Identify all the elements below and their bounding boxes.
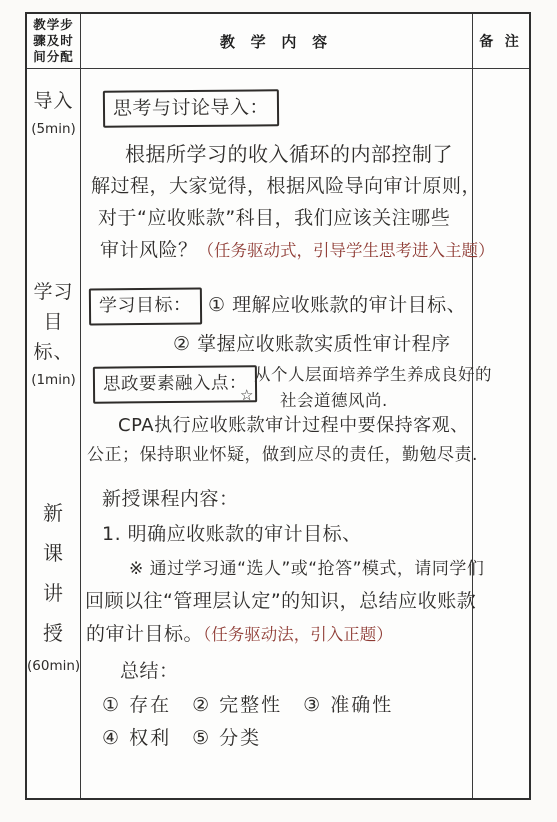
intro-line3: 对于“应收账款”科目，我们应该关注哪些 [98,205,450,231]
header-steps-line1: 教学步 [33,17,74,33]
step-objective-label2: 目标、 [27,307,80,367]
step-new-lesson: 新 课 讲 授 (60min) [27,493,80,679]
header-content-column: 教 学 内 容 [81,14,473,68]
intro-box-title: 思考与讨论导入： [103,90,279,127]
task-line3-text: 的审计目标。 [86,623,203,645]
intro-box: 思考与讨论导入： [103,89,279,128]
point-1: 1. 明确应收账款的审计目标、 [102,521,362,547]
steps-cell: 导入 (5min) 学习 目标、 (1min) 新 课 讲 授 (60min) [27,69,81,798]
ideology-line2: 社会道德风尚. [280,388,388,414]
star-icon: ☆ [240,382,254,408]
task-line1: ※ 通过学习通“选人”或“抢答”模式，请同学们 [129,556,484,582]
step-new-char4: 授 [27,613,80,653]
remarks-cell [473,69,529,798]
step-intro-time: (5min) [27,116,80,142]
task-line3-note: （任务驱动法，引入正题） [203,625,393,644]
step-intro: 导入 (5min) [27,86,80,142]
ideology-box-title: 思政要素融入点： [93,366,257,403]
lesson-plan-table: 教学步 骤及时 间分配 教 学 内 容 备 注 导入 (5min) 学习 目标、… [25,12,531,800]
cpa-line1: CPA执行应收账款审计过程中要保持客观、 [118,413,469,439]
step-new-char1: 新 [27,493,80,533]
intro-line4-note: （任务驱动式，引导学生思考进入主题） [198,241,495,260]
new-content-heading: 新授课程内容： [102,486,239,512]
intro-line4-question: 审计风险？ [100,239,198,261]
header-content-label: 教 学 内 容 [220,31,333,52]
objective-1: ① 理解应收账款的审计目标、 [208,294,466,316]
step-new-char2: 课 [27,533,80,573]
step-objective: 学习 目标、 (1min) [27,277,80,393]
table-body-row: 导入 (5min) 学习 目标、 (1min) 新 课 讲 授 (60min) … [27,69,529,798]
header-steps-column: 教学步 骤及时 间分配 [27,14,81,68]
objectives-line: 学习目标： ① 理解应收账款的审计目标、 [89,288,466,325]
header-remarks-column: 备 注 [473,14,529,68]
table-header-row: 教学步 骤及时 间分配 教 学 内 容 备 注 [27,14,529,69]
intro-line1: 根据所学习的收入循环的内部控制了 [125,141,453,167]
task-line2: 回顾以往“管理层认定”的知识，总结应收账款 [85,588,476,614]
content-cell: 思考与讨论导入： 根据所学习的收入循环的内部控制了 解过程，大家觉得，根据风险导… [81,69,473,798]
summary-line1: ① 存在 ② 完整性 ③ 准确性 [102,692,393,718]
step-new-time: (60min) [27,653,80,679]
objectives-box: 学习目标： [89,288,202,326]
objective-2: ② 掌握应收账款实质性审计程序 [173,331,451,357]
step-new-char3: 讲 [27,573,80,613]
step-objective-time: (1min) [27,367,80,393]
header-steps-line3: 间分配 [33,49,74,65]
intro-line4: 审计风险？（任务驱动式，引导学生思考进入主题） [100,237,495,264]
task-line3: 的审计目标。（任务驱动法，引入正题） [86,621,393,648]
summary-heading: 总结： [120,658,179,684]
ideology-box: 思政要素融入点： [93,365,257,403]
header-remarks-label: 备 注 [479,31,523,51]
cpa-line2: 公正；保持职业怀疑，做到应尽的责任，勤勉尽责. [87,442,478,468]
header-steps-line2: 骤及时 [33,33,74,49]
ideology-line1: 从个人层面培养学生养成良好的 [254,362,492,388]
summary-line2: ④ 权利 ⑤ 分类 [102,725,261,751]
intro-line2: 解过程，大家觉得，根据风险导向审计原则， [91,173,481,199]
step-intro-label: 导入 [27,86,80,116]
step-objective-label1: 学习 [27,277,80,307]
